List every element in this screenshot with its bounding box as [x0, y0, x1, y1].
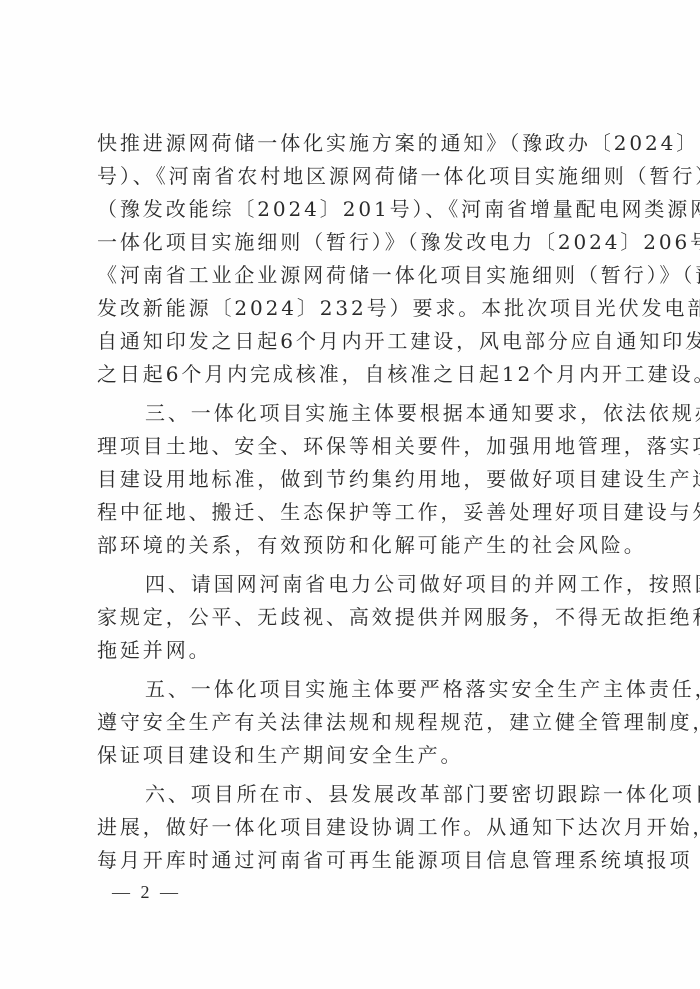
- text-line: 家规定，公平、无歧视、高效提供并网服务，不得无故拒绝和: [97, 601, 617, 634]
- text-line: 保证项目建设和生产期间安全生产。: [97, 739, 617, 772]
- document-body: 快推进源网荷储一体化实施方案的通知》（豫政办〔2024〕72 号）、《河南省农村…: [97, 127, 617, 877]
- text-line: 之日起6个月内完成核准，自核准之日起12个月内开工建设。: [97, 358, 617, 391]
- text-line: 理项目土地、安全、环保等相关要件，加强用地管理，落实项: [97, 430, 617, 463]
- paragraph-continuation: 快推进源网荷储一体化实施方案的通知》（豫政办〔2024〕72 号）、《河南省农村…: [97, 127, 617, 391]
- text-line: 《河南省工业企业源网荷储一体化项目实施细则（暂行）》（豫: [97, 259, 617, 292]
- page-number: — 2 —: [112, 882, 181, 903]
- text-line: 三、一体化项目实施主体要根据本通知要求，依法依规办: [97, 397, 617, 430]
- text-line: 目建设用地标准，做到节约集约用地，要做好项目建设生产过: [97, 463, 617, 496]
- text-line: 遵守安全生产有关法律法规和规程规范，建立健全管理制度，: [97, 706, 617, 739]
- text-line: 快推进源网荷储一体化实施方案的通知》（豫政办〔2024〕72: [97, 127, 617, 160]
- text-line: 部环境的关系，有效预防和化解可能产生的社会风险。: [97, 529, 617, 562]
- text-line: 程中征地、搬迁、生态保护等工作，妥善处理好项目建设与外: [97, 496, 617, 529]
- text-line: （豫发改能综〔2024〕201号）、《河南省增量配电网类源网荷储: [97, 193, 617, 226]
- paragraph-item-3: 三、一体化项目实施主体要根据本通知要求，依法依规办 理项目土地、安全、环保等相关…: [97, 397, 617, 562]
- paragraph-item-6: 六、项目所在市、县发展改革部门要密切跟踪一体化项目 进展，做好一体化项目建设协调…: [97, 778, 617, 877]
- text-line: 每月开库时通过河南省可再生能源项目信息管理系统填报项: [97, 844, 617, 877]
- text-line: 四、请国网河南省电力公司做好项目的并网工作，按照国: [97, 568, 617, 601]
- text-line: 号）、《河南省农村地区源网荷储一体化项目实施细则（暂行）》: [97, 160, 617, 193]
- text-line: 拖延并网。: [97, 634, 617, 667]
- paragraph-item-5: 五、一体化项目实施主体要严格落实安全生产主体责任， 遵守安全生产有关法律法规和规…: [97, 673, 617, 772]
- text-line: 自通知印发之日起6个月内开工建设，风电部分应自通知印发: [97, 325, 617, 358]
- text-line: 五、一体化项目实施主体要严格落实安全生产主体责任，: [97, 673, 617, 706]
- text-line: 六、项目所在市、县发展改革部门要密切跟踪一体化项目: [97, 778, 617, 811]
- document-page: 快推进源网荷储一体化实施方案的通知》（豫政办〔2024〕72 号）、《河南省农村…: [0, 0, 700, 989]
- text-line: 进展，做好一体化项目建设协调工作。从通知下达次月开始，: [97, 811, 617, 844]
- text-line: 发改新能源〔2024〕232号）要求。本批次项目光伏发电部分应: [97, 292, 617, 325]
- paragraph-item-4: 四、请国网河南省电力公司做好项目的并网工作，按照国 家规定，公平、无歧视、高效提…: [97, 568, 617, 667]
- text-line: 一体化项目实施细则（暂行）》（豫发改电力〔2024〕206号）、: [97, 226, 617, 259]
